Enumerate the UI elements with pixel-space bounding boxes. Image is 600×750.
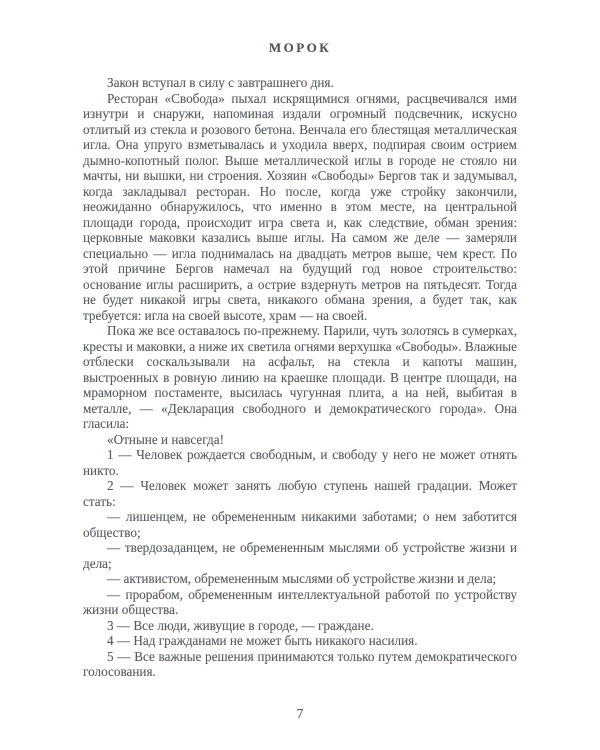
- body-paragraph: 2 — Человек может занять любую ступень н…: [83, 478, 517, 509]
- body-paragraph: 4 — Над гражданами не может быть никаког…: [83, 633, 517, 649]
- book-page: МОРОК Закон вступал в силу с завтрашнего…: [0, 0, 600, 750]
- body-paragraph: — лишенцем, не обремененным никакими заб…: [83, 509, 517, 540]
- body-paragraph: Закон вступал в силу с завтрашнего дня.: [83, 75, 517, 91]
- body-paragraph: — прорабом, обремененным интеллектуально…: [83, 587, 517, 618]
- body-paragraph: Пока же все оставалось по-прежнему. Пари…: [83, 323, 517, 432]
- body-paragraph: — активистом, обремененным мыслями об ус…: [83, 571, 517, 587]
- running-title: МОРОК: [0, 40, 600, 56]
- body-paragraph: «Отныне и навсегда!: [83, 432, 517, 448]
- body-paragraph: 1 — Человек рождается свободным, и свобо…: [83, 447, 517, 478]
- body-paragraph: — твердозаданцем, не обремененным мыслям…: [83, 540, 517, 571]
- page-number: 7: [0, 706, 600, 722]
- body-paragraph: 3 — Все люди, живущие в городе, — гражда…: [83, 618, 517, 634]
- body-text: Закон вступал в силу с завтрашнего дня.Р…: [83, 75, 517, 680]
- body-paragraph: 5 — Все важные решения принимаются тольк…: [83, 649, 517, 680]
- body-paragraph: Ресторан «Свобода» пыхал искрящимися огн…: [83, 91, 517, 324]
